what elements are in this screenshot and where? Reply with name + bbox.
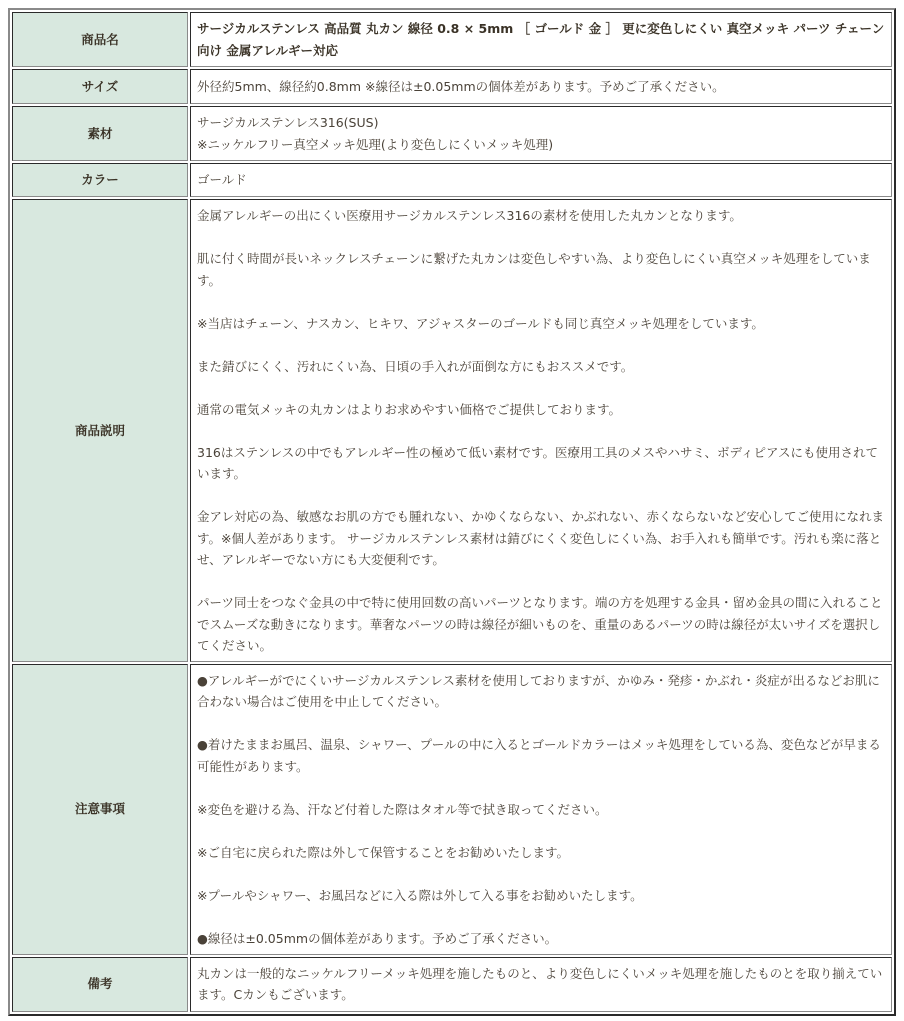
- spec-label-material: 素材: [12, 106, 188, 161]
- description-paragraph: 金属アレルギーの出にくい医療用サージカルステンレス316の素材を使用した丸カンと…: [197, 205, 885, 227]
- spec-value-material: サージカルステンレス316(SUS) ※ニッケルフリー真空メッキ処理(より変色し…: [190, 106, 892, 161]
- spec-row-description: 商品説明 金属アレルギーの出にくい医療用サージカルステンレス316の素材を使用し…: [12, 199, 892, 662]
- description-paragraph: 通常の電気メッキの丸カンはよりお求めやすい価格でご提供しております。: [197, 399, 885, 421]
- spec-row-product-name: 商品名 サージカルステンレス 高品質 丸カン 線径 0.8 × 5mm ［ ゴー…: [12, 12, 892, 67]
- spec-label-cautions: 注意事項: [12, 664, 188, 955]
- description-paragraph: また錆びにくく、汚れにくい為、日頃の手入れが面倒な方にもおススメです。: [197, 356, 885, 378]
- spec-value-size: 外径約5mm、線径約0.8mm ※線径は±0.05mmの個体差があります。予めご…: [190, 69, 892, 104]
- spec-label-description: 商品説明: [12, 199, 188, 662]
- spec-label-size: サイズ: [12, 69, 188, 104]
- material-line: サージカルステンレス316(SUS): [197, 112, 885, 134]
- spec-row-color: カラー ゴールド: [12, 163, 892, 197]
- description-paragraph: パーツ同士をつなぐ金具の中で特に使用回数の高いパーツとなります。端の方を処理する…: [197, 592, 885, 657]
- caution-paragraph: ●アレルギーがでにくいサージカルステンレス素材を使用しておりますが、かゆみ・発疹…: [197, 670, 885, 713]
- spec-value-color: ゴールド: [190, 163, 892, 197]
- spec-row-material: 素材 サージカルステンレス316(SUS) ※ニッケルフリー真空メッキ処理(より…: [12, 106, 892, 161]
- spec-value-product-name: サージカルステンレス 高品質 丸カン 線径 0.8 × 5mm ［ ゴールド 金…: [190, 12, 892, 67]
- caution-paragraph: ●着けたままお風呂、温泉、シャワー、プールの中に入るとゴールドカラーはメッキ処理…: [197, 734, 885, 777]
- description-paragraph: ※当店はチェーン、ナスカン、ヒキワ、アジャスターのゴールドも同じ真空メッキ処理を…: [197, 313, 885, 335]
- caution-paragraph: ●線径は±0.05mmの個体差があります。予めご了承ください。: [197, 928, 885, 950]
- caution-paragraph: ※プールやシャワー、お風呂などに入る際は外して入る事をお勧めいたします。: [197, 885, 885, 907]
- spec-value-notes: 丸カンは一般的なニッケルフリーメッキ処理を施したものと、より変色しにくいメッキ処…: [190, 957, 892, 1012]
- spec-label-color: カラー: [12, 163, 188, 197]
- spec-label-notes: 備考: [12, 957, 188, 1012]
- description-paragraph: 金アレ対応の為、敏感なお肌の方でも腫れない、かゆくならない、かぶれない、赤くなら…: [197, 506, 885, 571]
- spec-value-description: 金属アレルギーの出にくい医療用サージカルステンレス316の素材を使用した丸カンと…: [190, 199, 892, 662]
- description-paragraph: 肌に付く時間が長いネックレスチェーンに繋げた丸カンは変色しやすい為、より変色しに…: [197, 248, 885, 291]
- spec-row-notes: 備考 丸カンは一般的なニッケルフリーメッキ処理を施したものと、より変色しにくいメ…: [12, 957, 892, 1012]
- spec-value-cautions: ●アレルギーがでにくいサージカルステンレス素材を使用しておりますが、かゆみ・発疹…: [190, 664, 892, 955]
- description-paragraph: 316はステンレスの中でもアレルギー性の極めて低い素材です。医療用工具のメスやハ…: [197, 442, 885, 485]
- spec-row-cautions: 注意事項 ●アレルギーがでにくいサージカルステンレス素材を使用しておりますが、か…: [12, 664, 892, 955]
- spec-row-size: サイズ 外径約5mm、線径約0.8mm ※線径は±0.05mmの個体差があります…: [12, 69, 892, 104]
- caution-paragraph: ※ご自宅に戻られた際は外して保管することをお勧めいたします。: [197, 842, 885, 864]
- spec-label-product-name: 商品名: [12, 12, 188, 67]
- caution-paragraph: ※変色を避ける為、汗など付着した際はタオル等で拭き取ってください。: [197, 799, 885, 821]
- product-spec-table: 商品名 サージカルステンレス 高品質 丸カン 線径 0.8 × 5mm ［ ゴー…: [8, 8, 896, 1016]
- material-line: ※ニッケルフリー真空メッキ処理(より変色しにくいメッキ処理): [197, 134, 885, 156]
